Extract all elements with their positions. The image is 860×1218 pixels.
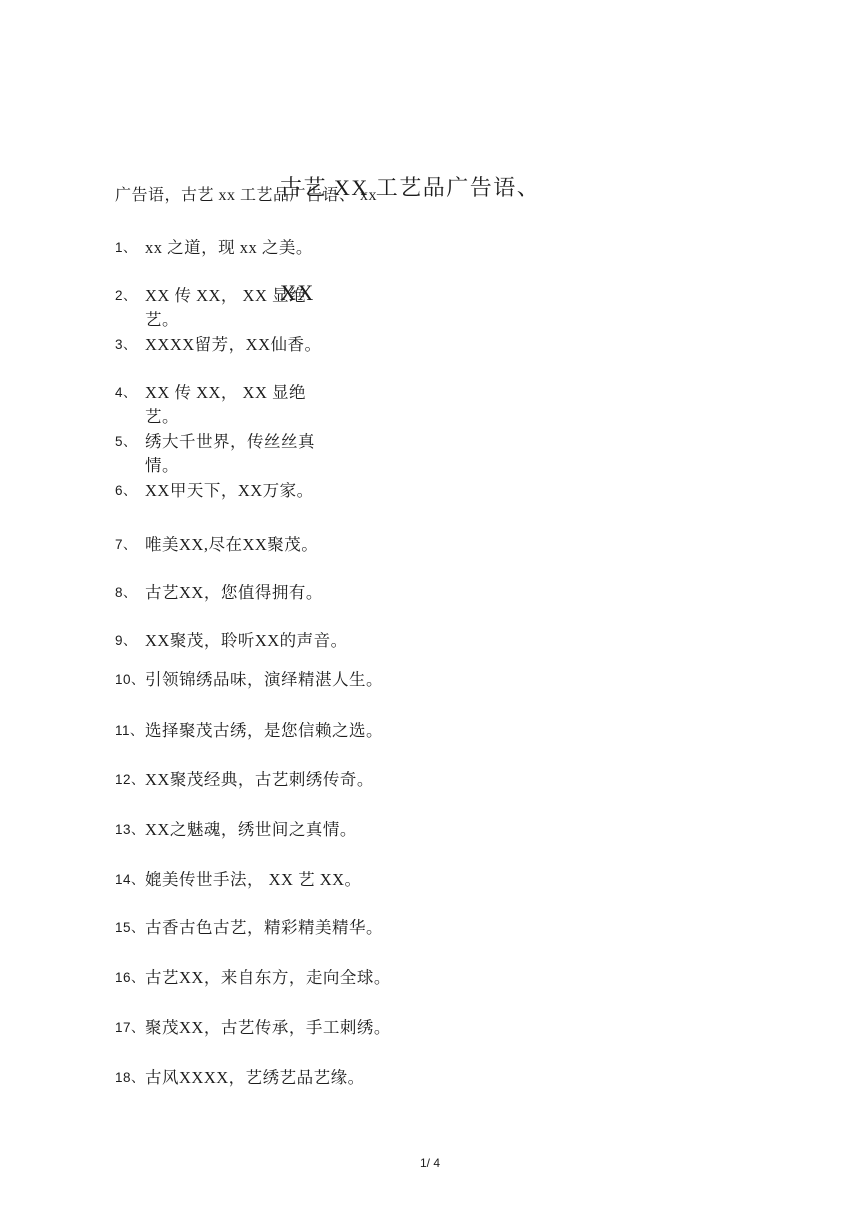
item-number: 9、 <box>115 629 145 653</box>
item-text: 引领锦绣品味，演绎精湛人生。 <box>145 668 383 692</box>
item-line: XX 传 XX， XX 显绝 <box>145 381 306 405</box>
list-item: 10、引领锦绣品味，演绎精湛人生。 <box>115 668 383 692</box>
item-line: XX甲天下，XX万家。 <box>145 479 314 503</box>
item-text: 绣大千世界，传丝丝真情。 <box>145 430 315 478</box>
list-item: 4、XX 传 XX， XX 显绝艺。 <box>115 381 306 429</box>
document-title-line2: XX <box>280 275 540 310</box>
list-item: 8、古艺XX，您值得拥有。 <box>115 581 323 605</box>
list-item: 17、聚茂XX，古艺传承，手工刺绣。 <box>115 1016 391 1040</box>
item-text: 古艺XX，来自东方，走向全球。 <box>145 966 391 990</box>
list-item: 14、媲美传世手法， XX 艺 XX。 <box>115 868 362 892</box>
item-line: 古香古色古艺，精彩精美精华。 <box>145 916 383 940</box>
item-text: XX聚茂经典，古艺刺绣传奇。 <box>145 768 374 792</box>
list-item: 9、XX聚茂，聆听XX的声音。 <box>115 629 348 653</box>
item-number: 13、 <box>115 818 145 842</box>
item-number: 1、 <box>115 236 145 260</box>
list-item: 7、唯美XX,尽在XX聚茂。 <box>115 533 318 557</box>
item-line: 选择聚茂古绣，是您信赖之选。 <box>145 719 383 743</box>
item-text: XX之魅魂，绣世间之真情。 <box>145 818 357 842</box>
list-item: 6、XX甲天下，XX万家。 <box>115 479 314 503</box>
item-line: 聚茂XX，古艺传承，手工刺绣。 <box>145 1016 391 1040</box>
item-text: 聚茂XX，古艺传承，手工刺绣。 <box>145 1016 391 1040</box>
page-number-indicator: 1/ 4 <box>0 1155 860 1171</box>
list-item: 12、XX聚茂经典，古艺刺绣传奇。 <box>115 768 374 792</box>
item-number: 5、 <box>115 430 145 454</box>
item-text: XX聚茂，聆听XX的声音。 <box>145 629 348 653</box>
item-text: XX甲天下，XX万家。 <box>145 479 314 503</box>
list-item: 18、古风XXXX，艺绣艺品艺缘。 <box>115 1066 365 1090</box>
list-item: 2、XX 传 XX， XX 显绝艺。 <box>115 284 306 332</box>
list-item: 3、XXXX留芳，XX仙香。 <box>115 333 322 357</box>
item-number: 14、 <box>115 868 145 892</box>
item-number: 18、 <box>115 1066 145 1090</box>
item-line: 古风XXXX，艺绣艺品艺缘。 <box>145 1066 365 1090</box>
item-line: XX之魅魂，绣世间之真情。 <box>145 818 357 842</box>
item-text: 媲美传世手法， XX 艺 XX。 <box>145 868 362 892</box>
item-line: 古艺XX，来自东方，走向全球。 <box>145 966 391 990</box>
item-line: XX聚茂经典，古艺刺绣传奇。 <box>145 768 374 792</box>
item-line: xx 之道，现 xx 之美。 <box>145 236 313 260</box>
document-subtitle: 广告语，古艺 xx 工艺品广告语、 xx <box>115 184 377 208</box>
item-text: 古艺XX，您值得拥有。 <box>145 581 323 605</box>
item-line: 艺。 <box>145 405 306 429</box>
document-page: 古艺 XX 工艺品广告语、 XX 广告语，古艺 xx 工艺品广告语、 xx 1、… <box>0 0 860 1218</box>
item-text: XX 传 XX， XX 显绝艺。 <box>145 381 306 429</box>
item-number: 11、 <box>115 719 145 743</box>
list-item: 15、古香古色古艺，精彩精美精华。 <box>115 916 383 940</box>
item-number: 16、 <box>115 966 145 990</box>
item-number: 3、 <box>115 333 145 357</box>
item-line: XX 传 XX， XX 显绝 <box>145 284 306 308</box>
item-line: 古艺XX，您值得拥有。 <box>145 581 323 605</box>
item-number: 7、 <box>115 533 145 557</box>
item-number: 6、 <box>115 479 145 503</box>
item-text: 唯美XX,尽在XX聚茂。 <box>145 533 318 557</box>
item-text: 古香古色古艺，精彩精美精华。 <box>145 916 383 940</box>
item-number: 4、 <box>115 381 145 405</box>
item-number: 2、 <box>115 284 145 308</box>
item-number: 17、 <box>115 1016 145 1040</box>
item-number: 12、 <box>115 768 145 792</box>
list-item: 1、xx 之道，现 xx 之美。 <box>115 236 313 260</box>
item-text: 选择聚茂古绣，是您信赖之选。 <box>145 719 383 743</box>
list-item: 13、XX之魅魂，绣世间之真情。 <box>115 818 357 842</box>
item-line: 唯美XX,尽在XX聚茂。 <box>145 533 318 557</box>
list-item: 16、古艺XX，来自东方，走向全球。 <box>115 966 391 990</box>
item-text: xx 之道，现 xx 之美。 <box>145 236 313 260</box>
item-number: 15、 <box>115 916 145 940</box>
item-number: 8、 <box>115 581 145 605</box>
item-line: 情。 <box>145 454 315 478</box>
item-text: 古风XXXX，艺绣艺品艺缘。 <box>145 1066 365 1090</box>
item-line: XXXX留芳，XX仙香。 <box>145 333 322 357</box>
item-number: 10、 <box>115 668 145 692</box>
list-item: 11、选择聚茂古绣，是您信赖之选。 <box>115 719 383 743</box>
item-line: 媲美传世手法， XX 艺 XX。 <box>145 868 362 892</box>
item-line: 绣大千世界，传丝丝真 <box>145 430 315 454</box>
item-line: 艺。 <box>145 308 306 332</box>
item-text: XXXX留芳，XX仙香。 <box>145 333 322 357</box>
item-line: XX聚茂，聆听XX的声音。 <box>145 629 348 653</box>
item-line: 引领锦绣品味，演绎精湛人生。 <box>145 668 383 692</box>
item-text: XX 传 XX， XX 显绝艺。 <box>145 284 306 332</box>
list-item: 5、绣大千世界，传丝丝真情。 <box>115 430 315 478</box>
